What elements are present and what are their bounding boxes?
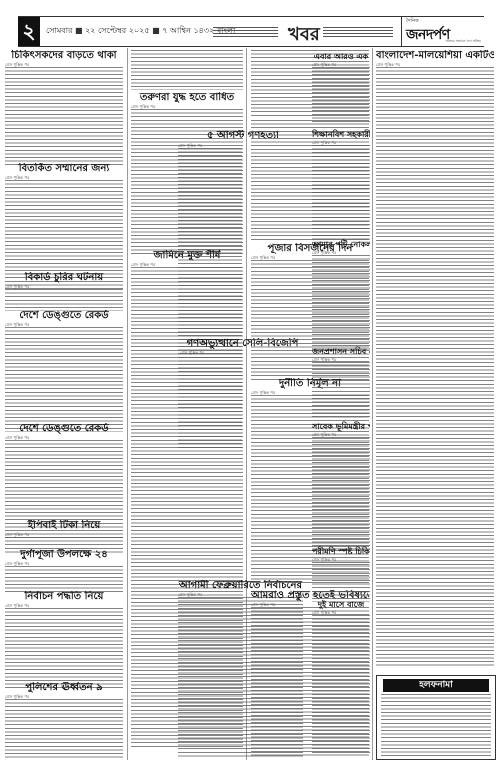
article: পুলিশের ঊর্ধ্বতন ৯ প্রেস পুস্তিক পর (5, 682, 123, 759)
headline: দুই মাসে বাজে (312, 598, 370, 610)
headline: শিক্ষানবিশ সহকারী পুলিশ (312, 128, 370, 140)
article-body (5, 608, 123, 690)
article-body (5, 327, 123, 432)
article-body (312, 255, 370, 350)
article: আমার পটি নোকল প্রেস পুস্তিক পর (312, 238, 370, 350)
article: দুর্গাপূজা উপলক্ষে ২৪ প্রেস পুস্তিক পর (5, 549, 123, 594)
masthead: ২ সোমবার ■ ২২ সেপ্টেম্বর ২০২৫ ■ ৭ আশ্বিন… (18, 16, 484, 47)
article: দেশে ডেঙ্গুতে রেকর্ড প্রেস পুস্তিক পর (5, 310, 123, 432)
headline: দেশে ডেঙ্গুতে রেকর্ড (5, 310, 123, 322)
headline: জনপ্রশাসন সচিব মোখলেস (312, 345, 370, 357)
section-title: খবর (288, 20, 320, 51)
headline: বিকার্ড চুরির ঘটনায় (5, 272, 123, 284)
article: প্রেস পুস্তিক পর (178, 143, 242, 448)
headline: এবার আরও এক (312, 50, 370, 62)
article-body (376, 67, 494, 667)
article-body (312, 437, 370, 552)
dateline: সোমবার ■ ২২ সেপ্টেম্বর ২০২৫ ■ ৭ আশ্বিন ১… (46, 25, 235, 38)
brand-tagline: সত্যের সন্ধানে সদা সক্রিয় (445, 39, 481, 45)
headline: আমার পটি নোকল (312, 238, 370, 250)
headline: ইপিবাই টিকা নিয়ে (5, 520, 123, 532)
article: পরীমণি স্পষ্ট চিকিৎসাধীন প্রেস পুস্তিক প… (312, 545, 370, 602)
brand-logo: দৈনিক জনদর্পণ সত্যের সন্ধানে সদা সক্রিয় (401, 17, 484, 46)
affidavit-title: হলফনামা (383, 679, 489, 692)
article: বিতর্কিত সম্মানের জন্য প্রেস পুস্তিক পর (5, 163, 123, 290)
article: বাংলাদেশ-মালয়েশিয়া একটিও প্রেস পুস্তিক… (376, 50, 494, 667)
headline: সাবেক ভূমিমন্ত্রীর পরিবারের (312, 420, 370, 432)
affidavit-body (381, 694, 491, 756)
article (131, 50, 243, 90)
article-body (312, 67, 370, 122)
decorative-rules-right (323, 27, 393, 37)
article-body (178, 148, 242, 448)
brand-name: জনদর্পণ (406, 23, 450, 47)
page-number: ২ (18, 17, 40, 46)
headline: দেশে ডেঙ্গুতে রেকর্ড (5, 423, 123, 435)
headline: বাংলাদেশ-মালয়েশিয়া একটিও (376, 50, 494, 62)
article: দুই মাসে বাজে প্রেস পুস্তিক পর (312, 598, 370, 755)
article: নির্বাচন পদ্ধতি নিয়ে প্রেস পুস্তিক পর (5, 591, 123, 690)
headline: তরুণরা যুদ্ধ হতে বাধিত (131, 92, 243, 104)
decorative-rules-left (213, 27, 278, 37)
affidavit-box: হলফনামা (376, 675, 496, 760)
headline: বিতর্কিত সম্মানের জন্য (5, 163, 123, 175)
headline: পরীমণি স্পষ্ট চিকিৎসাধীন (312, 545, 370, 557)
article: শিক্ষানবিশ সহকারী পুলিশ প্রেস পুস্তিক পর (312, 128, 370, 240)
article: চিকিৎসকদের বাড়তে থাকা প্রেস পুস্তিক পর (5, 50, 123, 167)
article-body (312, 562, 370, 602)
article: জনপ্রশাসন সচিব মোখলেস প্রেস পুস্তিক পর (312, 345, 370, 417)
article-body (312, 615, 370, 755)
headline: নির্বাচন পদ্ধতি নিয়ে (5, 591, 123, 603)
article: এবার আরও এক প্রেস পুস্তিক পর (312, 50, 370, 122)
article: সাবেক ভূমিমন্ত্রীর পরিবারের প্রেস পুস্তি… (312, 420, 370, 552)
article: বিকার্ড চুরির ঘটনায় প্রেস পুস্তিক পর (5, 272, 123, 311)
article-body (131, 50, 243, 90)
column-divider (127, 48, 128, 760)
article-body (312, 145, 370, 240)
article-body (5, 289, 123, 311)
article-body (312, 362, 370, 417)
headline: চিকিৎসকদের বাড়তে থাকা (5, 50, 123, 62)
headline: দুর্গাপূজা উপলক্ষে ২৪ (5, 549, 123, 561)
article-body (5, 67, 123, 167)
headline: পুলিশের ঊর্ধ্বতন ৯ (5, 682, 123, 694)
article-body (5, 566, 123, 594)
column-divider (372, 48, 373, 760)
article-body (5, 699, 123, 759)
